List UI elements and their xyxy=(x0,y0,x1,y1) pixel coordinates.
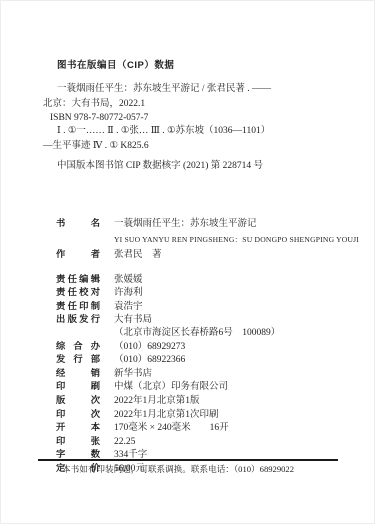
row-value: 袁浩宇 xyxy=(114,301,143,314)
row-value: 2022年1月北京第1版 xyxy=(114,395,200,408)
table-row-publisher: 出版发行 大有书局 xyxy=(56,313,356,327)
row-label: 印次 xyxy=(56,408,100,421)
row-label: 印张 xyxy=(56,435,100,448)
colophon-table: 书名 一蓑烟雨任平生：苏东坡生平游记 YI SUO YANYU REN PING… xyxy=(56,216,356,476)
row-value: （010）68922366 xyxy=(114,354,185,367)
table-row-format: 开本 170毫米 × 240毫米 16开 xyxy=(56,421,356,435)
table-row-editor: 责任编辑 张媛媛 xyxy=(56,273,356,287)
row-value: 中煤（北京）印务有限公司 xyxy=(114,381,228,394)
table-row-distribution-dept: 发行部 （010）68922366 xyxy=(56,353,356,367)
row-value-address: （北京市海淀区长春桥路6号 100089） xyxy=(114,327,280,340)
table-row-title-pinyin: YI SUO YANYU REN PINGSHENG：SU DONGPO SHE… xyxy=(56,232,356,247)
row-value: 新华书店 xyxy=(114,368,152,381)
table-row-proofreader: 责任校对 许海利 xyxy=(56,286,356,300)
row-label: 责任印制 xyxy=(56,300,100,313)
table-row-publisher-address: （北京市海淀区长春桥路6号 100089） xyxy=(56,327,356,340)
row-label: 责任编辑 xyxy=(56,273,100,286)
row-label: 版次 xyxy=(56,394,100,407)
row-value: 许海利 xyxy=(114,287,143,300)
row-value: 170毫米 × 240毫米 16开 xyxy=(114,422,229,435)
row-label: 印刷 xyxy=(56,380,100,393)
table-row-distributor: 经销 新华书店 xyxy=(56,367,356,381)
table-row-printer: 印刷 中煤（北京）印务有限公司 xyxy=(56,380,356,394)
book-copyright-page: 图书在版编目（CIP）数据 一蓑烟雨任平生：苏东坡生平游记 / 张君民著 . —… xyxy=(0,0,375,524)
footer-divider-rule xyxy=(38,459,338,461)
row-value: 2022年1月北京第1次印刷 xyxy=(114,409,219,422)
row-label: 经销 xyxy=(56,367,100,380)
row-label: 出版发行 xyxy=(56,313,100,326)
row-value: 22.25 xyxy=(114,436,135,449)
table-row-sheets: 印张 22.25 xyxy=(56,435,356,449)
footer-note: 本书如有印装问题，可联系调换。联系电话：（010）68929022 xyxy=(62,464,294,475)
table-row-edition: 版次 2022年1月北京第1版 xyxy=(56,394,356,408)
table-row-title: 书名 一蓑烟雨任平生：苏东坡生平游记 xyxy=(56,216,356,232)
row-label: 开本 xyxy=(56,421,100,434)
cip-classification-line-2: —生平事迹 Ⅳ . ① K825.6 xyxy=(43,139,353,154)
row-label: 作者 xyxy=(56,247,100,262)
row-value: （010）68929273 xyxy=(114,341,185,354)
cip-registry-line: 中国版本图书馆 CIP 数据核字 (2021) 第 228714 号 xyxy=(57,157,263,171)
row-value: 大有书局 xyxy=(114,314,152,327)
row-value: 一蓑烟雨任平生：苏东坡生平游记 xyxy=(114,217,257,232)
cip-record-block: 一蓑烟雨任平生：苏东坡生平游记 / 张君民著 . —— 北京：大有书局，2022… xyxy=(43,82,353,126)
cip-header: 图书在版编目（CIP）数据 xyxy=(57,57,174,71)
table-row-print-supervisor: 责任印制 袁浩宇 xyxy=(56,300,356,314)
row-label: 责任校对 xyxy=(56,286,100,299)
cip-publisher-line: 北京：大有书局，2022.1 xyxy=(43,97,353,112)
table-row-general-office: 综合办 （010）68929273 xyxy=(56,340,356,354)
row-value: 张君民 著 xyxy=(114,248,162,263)
cip-classification-block: Ⅰ . ①一…… Ⅱ . ①张… Ⅲ . ①苏东坡（1036—1101） —生平… xyxy=(43,124,353,153)
cip-title-line: 一蓑烟雨任平生：苏东坡生平游记 / 张君民著 . —— xyxy=(43,82,353,97)
table-row-impression: 印次 2022年1月北京第1次印刷 xyxy=(56,408,356,422)
table-row-author: 作者 张君民 著 xyxy=(56,247,356,263)
row-value: 张媛媛 xyxy=(114,274,143,287)
row-label: 发行部 xyxy=(56,353,100,366)
row-label: 综合办 xyxy=(56,340,100,353)
cip-classification-line-1: Ⅰ . ①一…… Ⅱ . ①张… Ⅲ . ①苏东坡（1036—1101） xyxy=(43,124,353,139)
row-label: 书名 xyxy=(56,216,100,231)
row-value-pinyin: YI SUO YANYU REN PINGSHENG：SU DONGPO SHE… xyxy=(114,232,359,247)
